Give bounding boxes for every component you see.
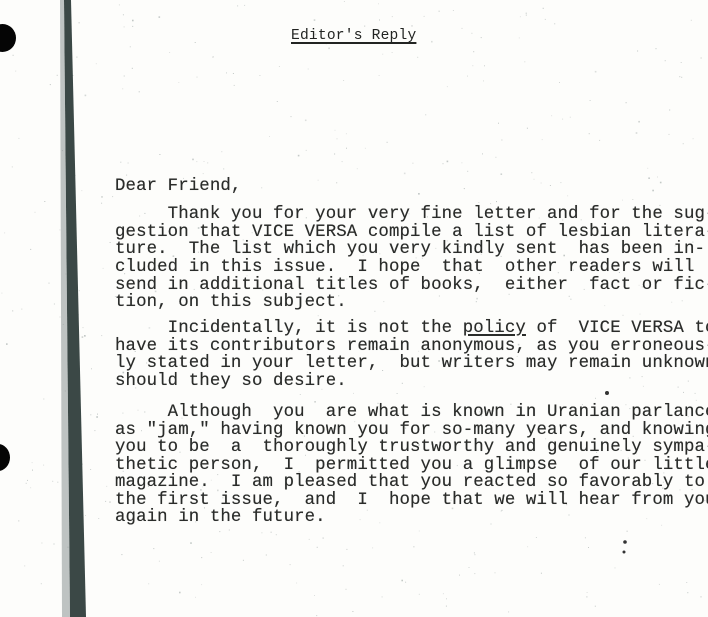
text-line: you to be a thoroughly trustworthy and g… — [115, 439, 708, 457]
text-line: Although you are what is known in Urania… — [115, 404, 708, 422]
paper-page — [0, 0, 708, 617]
text-line: should they so desire. — [115, 373, 347, 391]
text-line: ture. The list which you very kindly sen… — [115, 241, 705, 259]
text-line: cluded in this issue. I hope that other … — [115, 259, 694, 277]
text-line-head: Incidentally, it is not the — [115, 319, 463, 338]
text-line: again in the future. — [115, 509, 326, 527]
text-line: Incidentally, it is not the policy of VI… — [115, 320, 708, 338]
text-line: magazine. I am pleased that you reacted … — [115, 474, 705, 492]
text-line: ly stated in your letter, but writers ma… — [115, 355, 708, 373]
text-line: tion, on this subject. — [115, 294, 347, 312]
text-line: Thank you for your very fine letter and … — [115, 206, 708, 224]
underlined-word-policy: policy — [463, 319, 526, 338]
salutation: Dear Friend, — [115, 178, 241, 196]
document-title: Editor's Reply — [291, 28, 416, 44]
text-line-tail: of VICE VERSA to — [526, 319, 708, 338]
